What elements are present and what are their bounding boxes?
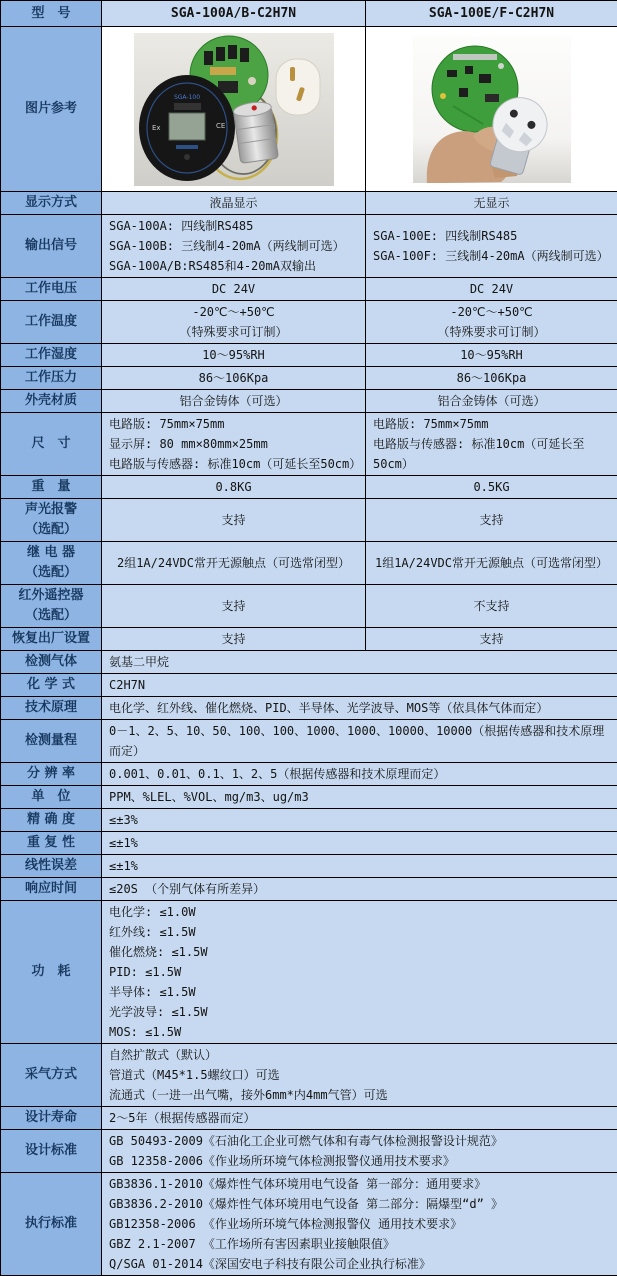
row-label-line: 显示方式 [3,193,99,213]
spec-value-cell: -20℃～+50℃（特殊要求可订制） [102,301,366,344]
spec-value-line: ≤±1% [109,856,610,876]
spec-value-line: 0.5KG [373,477,610,497]
table-row: 精 确 度≤±3% [1,809,617,832]
spec-value-line: 不支持 [373,596,610,616]
row-label-line: 采气方式 [3,1065,99,1085]
row-label-line: 工作温度 [3,312,99,332]
spec-value-line: SGA-100F: 三线制4-20mA（两线制可选） [373,246,610,266]
row-label: 工作压力 [1,367,102,390]
spec-value-cell: 86～106Kpa [102,367,366,390]
table-row: 重 量0.8KG0.5KG [1,476,617,499]
spec-value-line: 液晶显示 [109,193,358,213]
table-row: 设计寿命2～5年（根据传感器而定） [1,1107,617,1130]
row-label-line: 工作湿度 [3,345,99,365]
row-label: 工作电压 [1,278,102,301]
spec-value-line: 1组1A/24VDC常开无源触点（可选常闭型） [373,553,610,573]
spec-value-line: 支持 [373,629,610,649]
spec-value-cell: 电化学: ≤1.0W红外线: ≤1.5W催化燃烧: ≤1.5WPID: ≤1.5… [102,901,617,1044]
row-label: 响应时间 [1,878,102,901]
model-row: 型 号 SGA-100A/B-C2H7N SGA-100E/F-C2H7N [1,1,617,27]
spec-value-line: 铝合金铸体（可选） [373,391,610,411]
spec-value-line: SGA-100A/B:RS485和4-20mA双输出 [109,256,358,276]
photo-cell-a: SGA-100 Ex CE [102,27,366,192]
spec-value-cell: 不支持 [366,585,617,628]
spec-value-line: MOS: ≤1.5W [109,1022,610,1042]
spec-value-line: 电化学、红外线、催化燃烧、PID、半导体、光学波导、MOS等（依具体气体而定） [109,698,610,718]
table-row: 工作湿度10～95%RH10～95%RH [1,344,617,367]
power-plug [276,59,320,115]
model-name-a: SGA-100A/B-C2H7N [102,1,366,27]
spec-value-line: Q/SGA 01-2014《深国安电子科技有限公司企业执行标准》 [109,1254,610,1274]
spec-value-line: 铝合金铸体（可选） [109,391,358,411]
photo-cell-b [366,27,617,192]
spec-value-line: PPM、%LEL、%VOL、mg/m3、ug/m3 [109,787,610,807]
spec-value-cell: ≤±1% [102,855,617,878]
spec-value-line: GB12358-2006 《作业场所环境气体检测报警仪 通用技术要求》 [109,1214,610,1234]
row-label-line: 精 确 度 [3,810,99,830]
photo-row-label: 图片参考 [1,27,102,192]
row-label: 红外遥控器（选配） [1,585,102,628]
spec-value-line: （特殊要求可订制） [109,322,358,342]
spec-value-cell: GB 50493-2009《石油化工企业可燃气体和有毒气体检测报警设计规范》GB… [102,1130,617,1173]
row-label: 精 确 度 [1,809,102,832]
spec-value-cell: 1组1A/24VDC常开无源触点（可选常闭型） [366,542,617,585]
row-label: 检测量程 [1,720,102,763]
table-row: 单 位PPM、%LEL、%VOL、mg/m3、ug/m3 [1,786,617,809]
table-row: 化 学 式C2H7N [1,674,617,697]
row-label-line: （选配） [3,520,99,540]
spec-value-line: 0.001、0.01、0.1、1、2、5（根据传感器和技术原理而定） [109,764,610,784]
table-row: 响应时间≤20S （个别气体有所差异） [1,878,617,901]
row-label-line: 声光报警 [3,500,99,520]
row-label-line: 尺 寸 [3,434,99,454]
spec-value-line: 0.8KG [109,477,358,497]
spec-value-cell: 10～95%RH [102,344,366,367]
table-row: 功 耗电化学: ≤1.0W红外线: ≤1.5W催化燃烧: ≤1.5WPID: ≤… [1,901,617,1044]
row-label-line: 响应时间 [3,879,99,899]
table-row: 工作压力86～106Kpa86～106Kpa [1,367,617,390]
table-row: 检测气体氨基二甲烷 [1,651,617,674]
spec-value-line: PID: ≤1.5W [109,962,610,982]
row-label-line: 继 电 器 [3,543,99,563]
table-row: 声光报警（选配）支持支持 [1,499,617,542]
row-label: 分 辨 率 [1,763,102,786]
row-label-line: 外壳材质 [3,391,99,411]
row-label-line: （选配） [3,606,99,626]
table-row: 执行标准GB3836.1-2010《爆炸性气体环境用电气设备 第一部分：通用要求… [1,1173,617,1276]
product-photo-b [413,36,571,183]
spec-value-line: 显示屏: 80 mm×80mm×25mm [109,434,358,454]
spec-value-cell: 支持 [366,628,617,651]
spec-value-line: 电路版与传感器: 标准10cm（可延长至50cm） [109,454,358,474]
row-label: 显示方式 [1,192,102,215]
spec-value-line: GB 12358-2006《作业场所环境气体检测报警仪通用技术要求》 [109,1151,610,1171]
spec-value-line: -20℃～+50℃ [373,302,610,322]
spec-value-line: C2H7N [109,675,610,695]
row-label: 采气方式 [1,1044,102,1107]
table-row: 红外遥控器（选配）支持不支持 [1,585,617,628]
spec-value-cell: 无显示 [366,192,617,215]
spec-value-line: 氨基二甲烷 [109,652,610,672]
spec-value-cell: ≤±3% [102,809,617,832]
spec-value-cell: SGA-100A: 四线制RS485SGA-100B: 三线制4-20mA（两线… [102,215,366,278]
row-label-line: （选配） [3,563,99,583]
spec-value-line: -20℃～+50℃ [109,302,358,322]
spec-value-line: 管道式（M45*1.5螺纹口）可选 [109,1065,610,1085]
spec-value-line: 支持 [109,510,358,530]
row-label: 工作湿度 [1,344,102,367]
spec-value-cell: 10～95%RH [366,344,617,367]
svg-text:CE: CE [216,122,225,130]
spec-value-cell: 液晶显示 [102,192,366,215]
spec-value-line: 2组1A/24VDC常开无源触点（可选常闭型） [109,553,358,573]
svg-text:SGA-100: SGA-100 [173,94,199,101]
table-row: 检测量程0－1、2、5、10、50、100、100、1000、1000、1000… [1,720,617,763]
row-label-line: 设计寿命 [3,1108,99,1128]
spec-value-line: 催化燃烧: ≤1.5W [109,942,610,962]
spec-value-cell: 电路版: 75mm×75mm电路版与传感器: 标准10cm（可延长至50cm） [366,413,617,476]
row-label-line: 检测量程 [3,731,99,751]
row-label-line: 检测气体 [3,652,99,672]
spec-value-line: （特殊要求可订制） [373,322,610,342]
row-label: 输出信号 [1,215,102,278]
table-row: 输出信号SGA-100A: 四线制RS485SGA-100B: 三线制4-20m… [1,215,617,278]
spec-value-cell: ≤±1% [102,832,617,855]
row-label: 尺 寸 [1,413,102,476]
spec-value-line: GB 50493-2009《石油化工企业可燃气体和有毒气体检测报警设计规范》 [109,1131,610,1151]
row-label-line: 工作电压 [3,279,99,299]
row-label: 重 量 [1,476,102,499]
row-label: 设计寿命 [1,1107,102,1130]
row-label-line: 单 位 [3,787,99,807]
row-label: 执行标准 [1,1173,102,1276]
spec-value-line: 支持 [109,596,358,616]
table-row: 分 辨 率0.001、0.01、0.1、1、2、5（根据传感器和技术原理而定） [1,763,617,786]
spec-value-line: DC 24V [109,279,358,299]
spec-value-line: 半导体: ≤1.5W [109,982,610,1002]
spec-value-cell: DC 24V [102,278,366,301]
photo-row: 图片参考 [1,27,617,192]
spec-value-cell: GB3836.1-2010《爆炸性气体环境用电气设备 第一部分：通用要求》GB3… [102,1173,617,1276]
row-label: 重 复 性 [1,832,102,855]
spec-value-line: 10～95%RH [109,345,358,365]
table-row: 外壳材质铝合金铸体（可选）铝合金铸体（可选） [1,390,617,413]
spec-value-line: SGA-100B: 三线制4-20mA（两线制可选） [109,236,358,256]
spec-value-line: 自然扩散式（默认） [109,1045,610,1065]
row-label: 化 学 式 [1,674,102,697]
spec-value-cell: 支持 [102,628,366,651]
table-row: 重 复 性≤±1% [1,832,617,855]
spec-value-cell: SGA-100E: 四线制RS485SGA-100F: 三线制4-20mA（两线… [366,215,617,278]
spec-value-line: 光学波导: ≤1.5W [109,1002,610,1022]
spec-value-cell: -20℃～+50℃（特殊要求可订制） [366,301,617,344]
table-row: 恢复出厂设置支持支持 [1,628,617,651]
model-row-label: 型 号 [1,1,102,27]
spec-value-line: 0－1、2、5、10、50、100、100、1000、1000、10000、10… [109,721,610,761]
row-label-line: 重 复 性 [3,833,99,853]
spec-value-line: ≤±1% [109,833,610,853]
spec-value-cell: 86～106Kpa [366,367,617,390]
spec-value-line: GB3836.2-2010《爆炸性气体环境用电气设备 第二部分：隔爆型“d” 》 [109,1194,610,1214]
model-name-b: SGA-100E/F-C2H7N [366,1,617,27]
spec-table-head: 型 号 SGA-100A/B-C2H7N SGA-100E/F-C2H7N 图片… [1,1,617,192]
spec-value-cell: ≤20S （个别气体有所差异） [102,878,617,901]
row-label-line: 化 学 式 [3,675,99,695]
spec-value-cell: DC 24V [366,278,617,301]
table-row: 采气方式自然扩散式（默认）管道式（M45*1.5螺纹口）可选流通式（一进一出气嘴… [1,1044,617,1107]
row-label: 功 耗 [1,901,102,1044]
spec-value-cell: 铝合金铸体（可选） [102,390,366,413]
spec-value-cell: 0－1、2、5、10、50、100、100、1000、1000、10000、10… [102,720,617,763]
spec-value-cell: 电路版: 75mm×75mm显示屏: 80 mm×80mm×25mm电路版与传感… [102,413,366,476]
row-label: 外壳材质 [1,390,102,413]
svg-text:Ex: Ex [152,124,161,132]
row-label-line: 重 量 [3,477,99,497]
spec-value-line: SGA-100A: 四线制RS485 [109,216,358,236]
spec-value-cell: 支持 [102,585,366,628]
table-row: 显示方式液晶显示无显示 [1,192,617,215]
spec-value-line: 流通式（一进一出气嘴，接外6mm*内4mm气管）可选 [109,1085,610,1105]
spec-value-cell: PPM、%LEL、%VOL、mg/m3、ug/m3 [102,786,617,809]
spec-value-cell: 2组1A/24VDC常开无源触点（可选常闭型） [102,542,366,585]
spec-value-line: 电路版与传感器: 标准10cm（可延长至50cm） [373,434,610,474]
table-row: 工作温度-20℃～+50℃（特殊要求可订制）-20℃～+50℃（特殊要求可订制） [1,301,617,344]
spec-value-line: 支持 [109,629,358,649]
row-label: 设计标准 [1,1130,102,1173]
spec-value-line: 支持 [373,510,610,530]
row-label-line: 恢复出厂设置 [3,629,99,649]
table-row: 线性误差≤±1% [1,855,617,878]
table-row: 设计标准GB 50493-2009《石油化工企业可燃气体和有毒气体检测报警设计规… [1,1130,617,1173]
product-photo-a: SGA-100 Ex CE [134,33,334,186]
spec-value-cell: 0.001、0.01、0.1、1、2、5（根据传感器和技术原理而定） [102,763,617,786]
spec-value-cell: 0.5KG [366,476,617,499]
table-row: 工作电压DC 24VDC 24V [1,278,617,301]
spec-value-line: ≤20S （个别气体有所差异） [109,879,610,899]
spec-value-line: SGA-100E: 四线制RS485 [373,226,610,246]
spec-value-line: DC 24V [373,279,610,299]
spec-value-cell: C2H7N [102,674,617,697]
row-label-line: 执行标准 [3,1214,99,1234]
spec-table: 型 号 SGA-100A/B-C2H7N SGA-100E/F-C2H7N 图片… [0,0,617,1276]
spec-value-cell: 电化学、红外线、催化燃烧、PID、半导体、光学波导、MOS等（依具体气体而定） [102,697,617,720]
spec-value-cell: 自然扩散式（默认）管道式（M45*1.5螺纹口）可选流通式（一进一出气嘴，接外6… [102,1044,617,1107]
spec-value-cell: 0.8KG [102,476,366,499]
spec-value-line: 红外线: ≤1.5W [109,922,610,942]
spec-value-cell: 氨基二甲烷 [102,651,617,674]
spec-value-line: GB3836.1-2010《爆炸性气体环境用电气设备 第一部分：通用要求》 [109,1174,610,1194]
row-label-line: 功 耗 [3,962,99,982]
table-row: 继 电 器（选配）2组1A/24VDC常开无源触点（可选常闭型）1组1A/24V… [1,542,617,585]
spec-value-line: 电路版: 75mm×75mm [109,414,358,434]
row-label: 恢复出厂设置 [1,628,102,651]
row-label-line: 分 辨 率 [3,764,99,784]
row-label-line: 技术原理 [3,698,99,718]
spec-value-line: 无显示 [373,193,610,213]
spec-value-cell: 支持 [366,499,617,542]
spec-value-line: 2～5年（根据传感器而定） [109,1108,610,1128]
spec-value-line: 电路版: 75mm×75mm [373,414,610,434]
table-row: 技术原理电化学、红外线、催化燃烧、PID、半导体、光学波导、MOS等（依具体气体… [1,697,617,720]
spec-value-line: 86～106Kpa [373,368,610,388]
detector-front-panel: SGA-100 Ex CE [139,75,235,181]
spec-value-cell: 支持 [102,499,366,542]
spec-value-cell: 2～5年（根据传感器而定） [102,1107,617,1130]
spec-value-cell: 铝合金铸体（可选） [366,390,617,413]
spec-value-line: GBZ 2.1-2007 《工作场所有害因素职业接触限值》 [109,1234,610,1254]
spec-value-line: ≤±3% [109,810,610,830]
spec-value-line: 10～95%RH [373,345,610,365]
row-label-line: 工作压力 [3,368,99,388]
row-label-line: 红外遥控器 [3,586,99,606]
row-label: 声光报警（选配） [1,499,102,542]
row-label-line: 线性误差 [3,856,99,876]
row-label-line: 设计标准 [3,1141,99,1161]
row-label: 单 位 [1,786,102,809]
row-label: 技术原理 [1,697,102,720]
sensor-cylinder-a [232,100,278,163]
table-row: 尺 寸电路版: 75mm×75mm显示屏: 80 mm×80mm×25mm电路版… [1,413,617,476]
row-label: 线性误差 [1,855,102,878]
spec-rows-body: 显示方式液晶显示无显示输出信号SGA-100A: 四线制RS485SGA-100… [1,192,617,1276]
spec-value-line: 电化学: ≤1.0W [109,902,610,922]
row-label-line: 输出信号 [3,236,99,256]
row-label: 工作温度 [1,301,102,344]
row-label: 检测气体 [1,651,102,674]
row-label: 继 电 器（选配） [1,542,102,585]
spec-value-line: 86～106Kpa [109,368,358,388]
